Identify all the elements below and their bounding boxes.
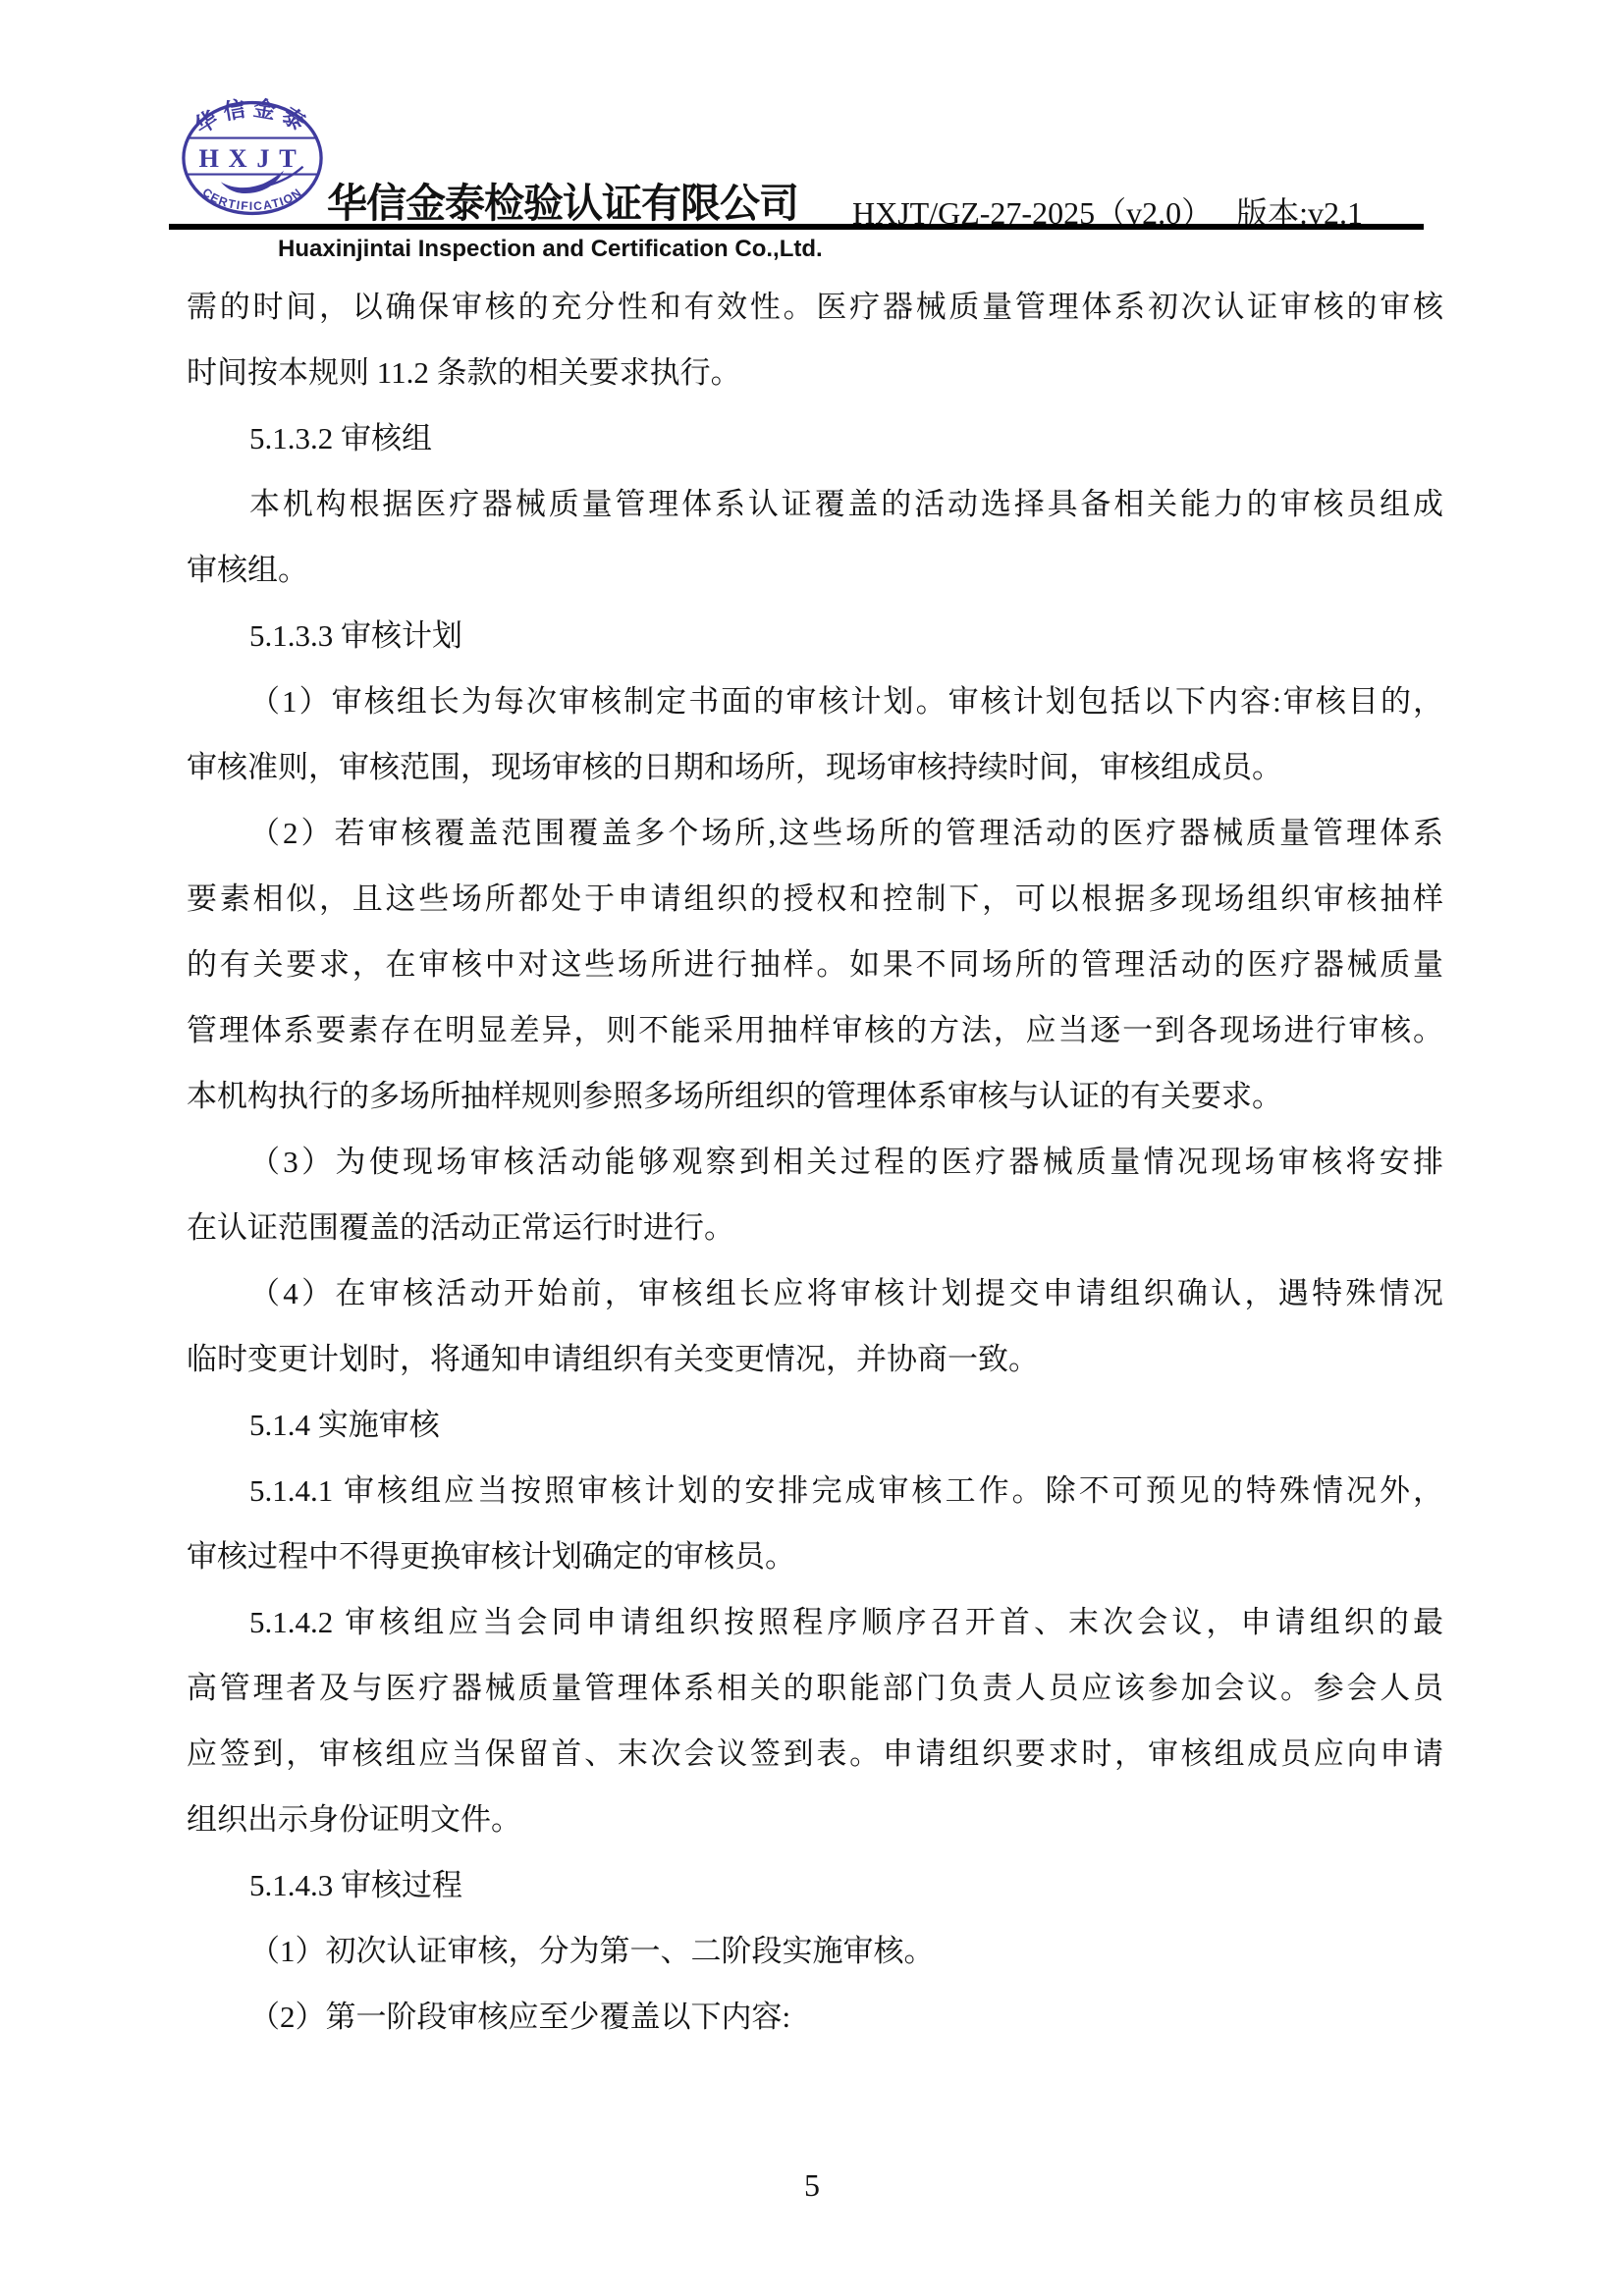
header-divider — [169, 224, 1424, 230]
body-line: 时间按本规则 11.2 条款的相关要求执行。 — [187, 340, 1443, 405]
body-line: 5.1.3.2 审核组 — [187, 405, 1443, 471]
body-line: 临时变更计划时，将通知申请组织有关变更情况，并协商一致。 — [187, 1326, 1443, 1392]
body-line: 审核组。 — [187, 537, 1443, 603]
body-line: （2）若审核覆盖范围覆盖多个场所,这些场所的管理活动的医疗器械质量管理体系 — [187, 800, 1443, 866]
seal-acronym-text: HXJT — [199, 144, 306, 173]
body-line: （1）初次认证审核，分为第一、二阶段实施审核。 — [187, 1918, 1443, 1984]
body-line: 需的时间，以确保审核的充分性和有效性。医疗器械质量管理体系初次认证审核的审核 — [187, 274, 1443, 340]
body-line: 5.1.4 实施审核 — [187, 1392, 1443, 1458]
company-name-chinese: 华信金泰检验认证有限公司 — [327, 171, 798, 229]
body-line: 5.1.3.3 审核计划 — [187, 603, 1443, 668]
body-line: 5.1.4.3 审核过程 — [187, 1852, 1443, 1918]
body-line: （1）审核组长为每次审核制定书面的审核计划。审核计划包括以下内容:审核目的， — [187, 668, 1443, 734]
body-line: 审核过程中不得更换审核计划确定的审核员。 — [187, 1523, 1443, 1589]
body-line: 5.1.4.2 审核组应当会同申请组织按照程序顺序召开首、末次会议，申请组织的最 — [187, 1589, 1443, 1655]
body-line: 本机构执行的多场所抽样规则参照多场所组织的管理体系审核与认证的有关要求。 — [187, 1063, 1443, 1129]
body-line: 要素相似，且这些场所都处于申请组织的授权和控制下，可以根据多现场组织审核抽样 — [187, 866, 1443, 932]
body-line: 组织出示身份证明文件。 — [187, 1787, 1443, 1852]
company-seal-logo: 华信金泰 HXJT CERTIFICATION — [181, 97, 324, 219]
body-line: 本机构根据医疗器械质量管理体系认证覆盖的活动选择具备相关能力的审核员组成 — [187, 471, 1443, 537]
body-line: 在认证范围覆盖的活动正常运行时进行。 — [187, 1195, 1443, 1260]
company-name-english: Huaxinjintai Inspection and Certificatio… — [278, 236, 823, 263]
body-line: 的有关要求，在审核中对这些场所进行抽样。如果不同场所的管理活动的医疗器械质量 — [187, 932, 1443, 997]
document-page: 华信金泰 HXJT CERTIFICATION 华信金泰检验认证有限公司 HXJ… — [0, 0, 1624, 2296]
body-line: （3）为使现场审核活动能够观察到相关过程的医疗器械质量情况现场审核将安排 — [187, 1129, 1443, 1195]
body-line: 应签到，审核组应当保留首、末次会议签到表。申请组织要求时，审核组成员应向申请 — [187, 1721, 1443, 1787]
body-line: （2）第一阶段审核应至少覆盖以下内容: — [187, 1984, 1443, 2050]
body-line: 高管理者及与医疗器械质量管理体系相关的职能部门负责人员应该参加会议。参会人员 — [187, 1655, 1443, 1721]
body-line: （4）在审核活动开始前，审核组长应将审核计划提交申请组织确认，遇特殊情况 — [187, 1260, 1443, 1326]
document-body: 需的时间，以确保审核的充分性和有效性。医疗器械质量管理体系初次认证审核的审核时间… — [187, 274, 1443, 2050]
page-number: 5 — [0, 2167, 1624, 2204]
body-line: 管理体系要素存在明显差异，则不能采用抽样审核的方法，应当逐一到各现场进行审核。 — [187, 997, 1443, 1063]
body-line: 审核准则，审核范围，现场审核的日期和场所，现场审核持续时间，审核组成员。 — [187, 734, 1443, 800]
body-line: 5.1.4.1 审核组应当按照审核计划的安排完成审核工作。除不可预见的特殊情况外… — [187, 1458, 1443, 1523]
